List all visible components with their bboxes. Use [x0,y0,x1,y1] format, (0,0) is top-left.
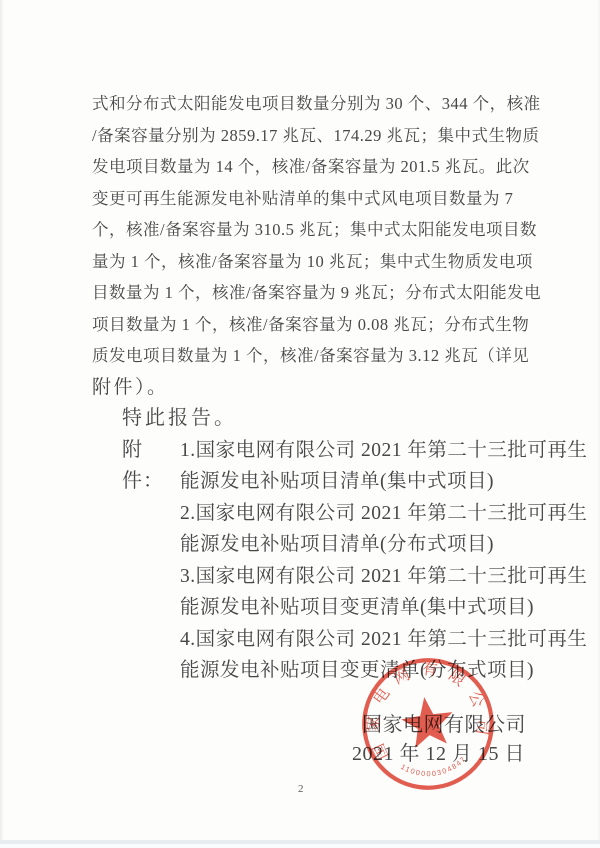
attachment-title-line: 4.国家电网有限公司 2021 年第二十三批可再生 [180,624,587,656]
paragraph-line: 个，核准/备案容量为 310.5 兆瓦；集中式太阳能发电项目数 [92,214,509,246]
paragraph-line: 质发电项目数量为 1 个，核准/备案容量为 3.12 兆瓦（详见 [92,340,509,372]
signature-company: 国家电网有限公司 [362,708,526,737]
attachment-title-line: 能源发电补贴项目变更清单(集中式项目) [180,592,587,624]
signature-date: 2021 年 12 月 15 日 [352,737,525,766]
closing-statement: 特此报告。 [122,403,509,435]
paragraph-line: 式和分布式太阳能发电项目数量分别为 30 个、344 个，核准 [92,88,509,120]
attachment-title-line: 能源发电补贴项目清单(集中式项目) [180,466,587,498]
body-paragraph: 式和分布式太阳能发电项目数量分别为 30 个、344 个，核准 /备案容量分别为… [92,88,509,403]
attachments-label: 附件： [122,435,180,498]
page-number: 2 [298,783,304,795]
scan-edge-left [0,0,4,848]
attachment-title-line: 1.国家电网有限公司 2021 年第二十三批可再生 [180,435,587,467]
paragraph-line: 项目数量为 1 个，核准/备案容量为 0.08 兆瓦；分布式生物 [92,309,509,341]
attachment-item: 4.国家电网有限公司 2021 年第二十三批可再生 能源发电补贴项目变更清单(分… [180,624,587,687]
attachment-item: 1.国家电网有限公司 2021 年第二十三批可再生 能源发电补贴项目清单(集中式… [180,435,587,498]
paragraph-line: /备案容量分别为 2859.17 兆瓦、174.29 兆瓦；集中式生物质 [92,120,509,152]
scanned-document-page: 式和分布式太阳能发电项目数量分别为 30 个、344 个，核准 /备案容量分别为… [0,0,600,848]
document-body: 式和分布式太阳能发电项目数量分别为 30 个、344 个，核准 /备案容量分别为… [92,88,509,687]
attachment-title-line: 能源发电补贴项目清单(分布式项目) [180,529,587,561]
paragraph-line: 目数量为 1 个，核准/备案容量为 9 兆瓦；分布式太阳能发电 [92,277,509,309]
scan-edge-bottom-outer [0,844,600,848]
paragraph-line: 发电项目数量为 14 个，核准/备案容量为 201.5 兆瓦。此次 [92,151,509,183]
attachment-item: 3.国家电网有限公司 2021 年第二十三批可再生 能源发电补贴项目变更清单(集… [180,561,587,624]
attachment-title-line: 能源发电补贴项目变更清单(分布式项目) [180,655,587,687]
attachments-list: 1.国家电网有限公司 2021 年第二十三批可再生 能源发电补贴项目清单(集中式… [180,435,587,687]
paragraph-line: 附件）。 [92,372,509,404]
attachment-title-line: 3.国家电网有限公司 2021 年第二十三批可再生 [180,561,587,593]
paragraph-line: 变更可再生能源发电补贴清单的集中式风电项目数量为 7 [92,183,509,215]
paragraph-line: 量为 1 个，核准/备案容量为 10 兆瓦；集中式生物质发电项 [92,246,509,278]
attachment-item: 2.国家电网有限公司 2021 年第二十三批可再生 能源发电补贴项目清单(分布式… [180,498,587,561]
attachments-section: 附件： 1.国家电网有限公司 2021 年第二十三批可再生 能源发电补贴项目清单… [92,435,509,687]
attachment-title-line: 2.国家电网有限公司 2021 年第二十三批可再生 [180,498,587,530]
